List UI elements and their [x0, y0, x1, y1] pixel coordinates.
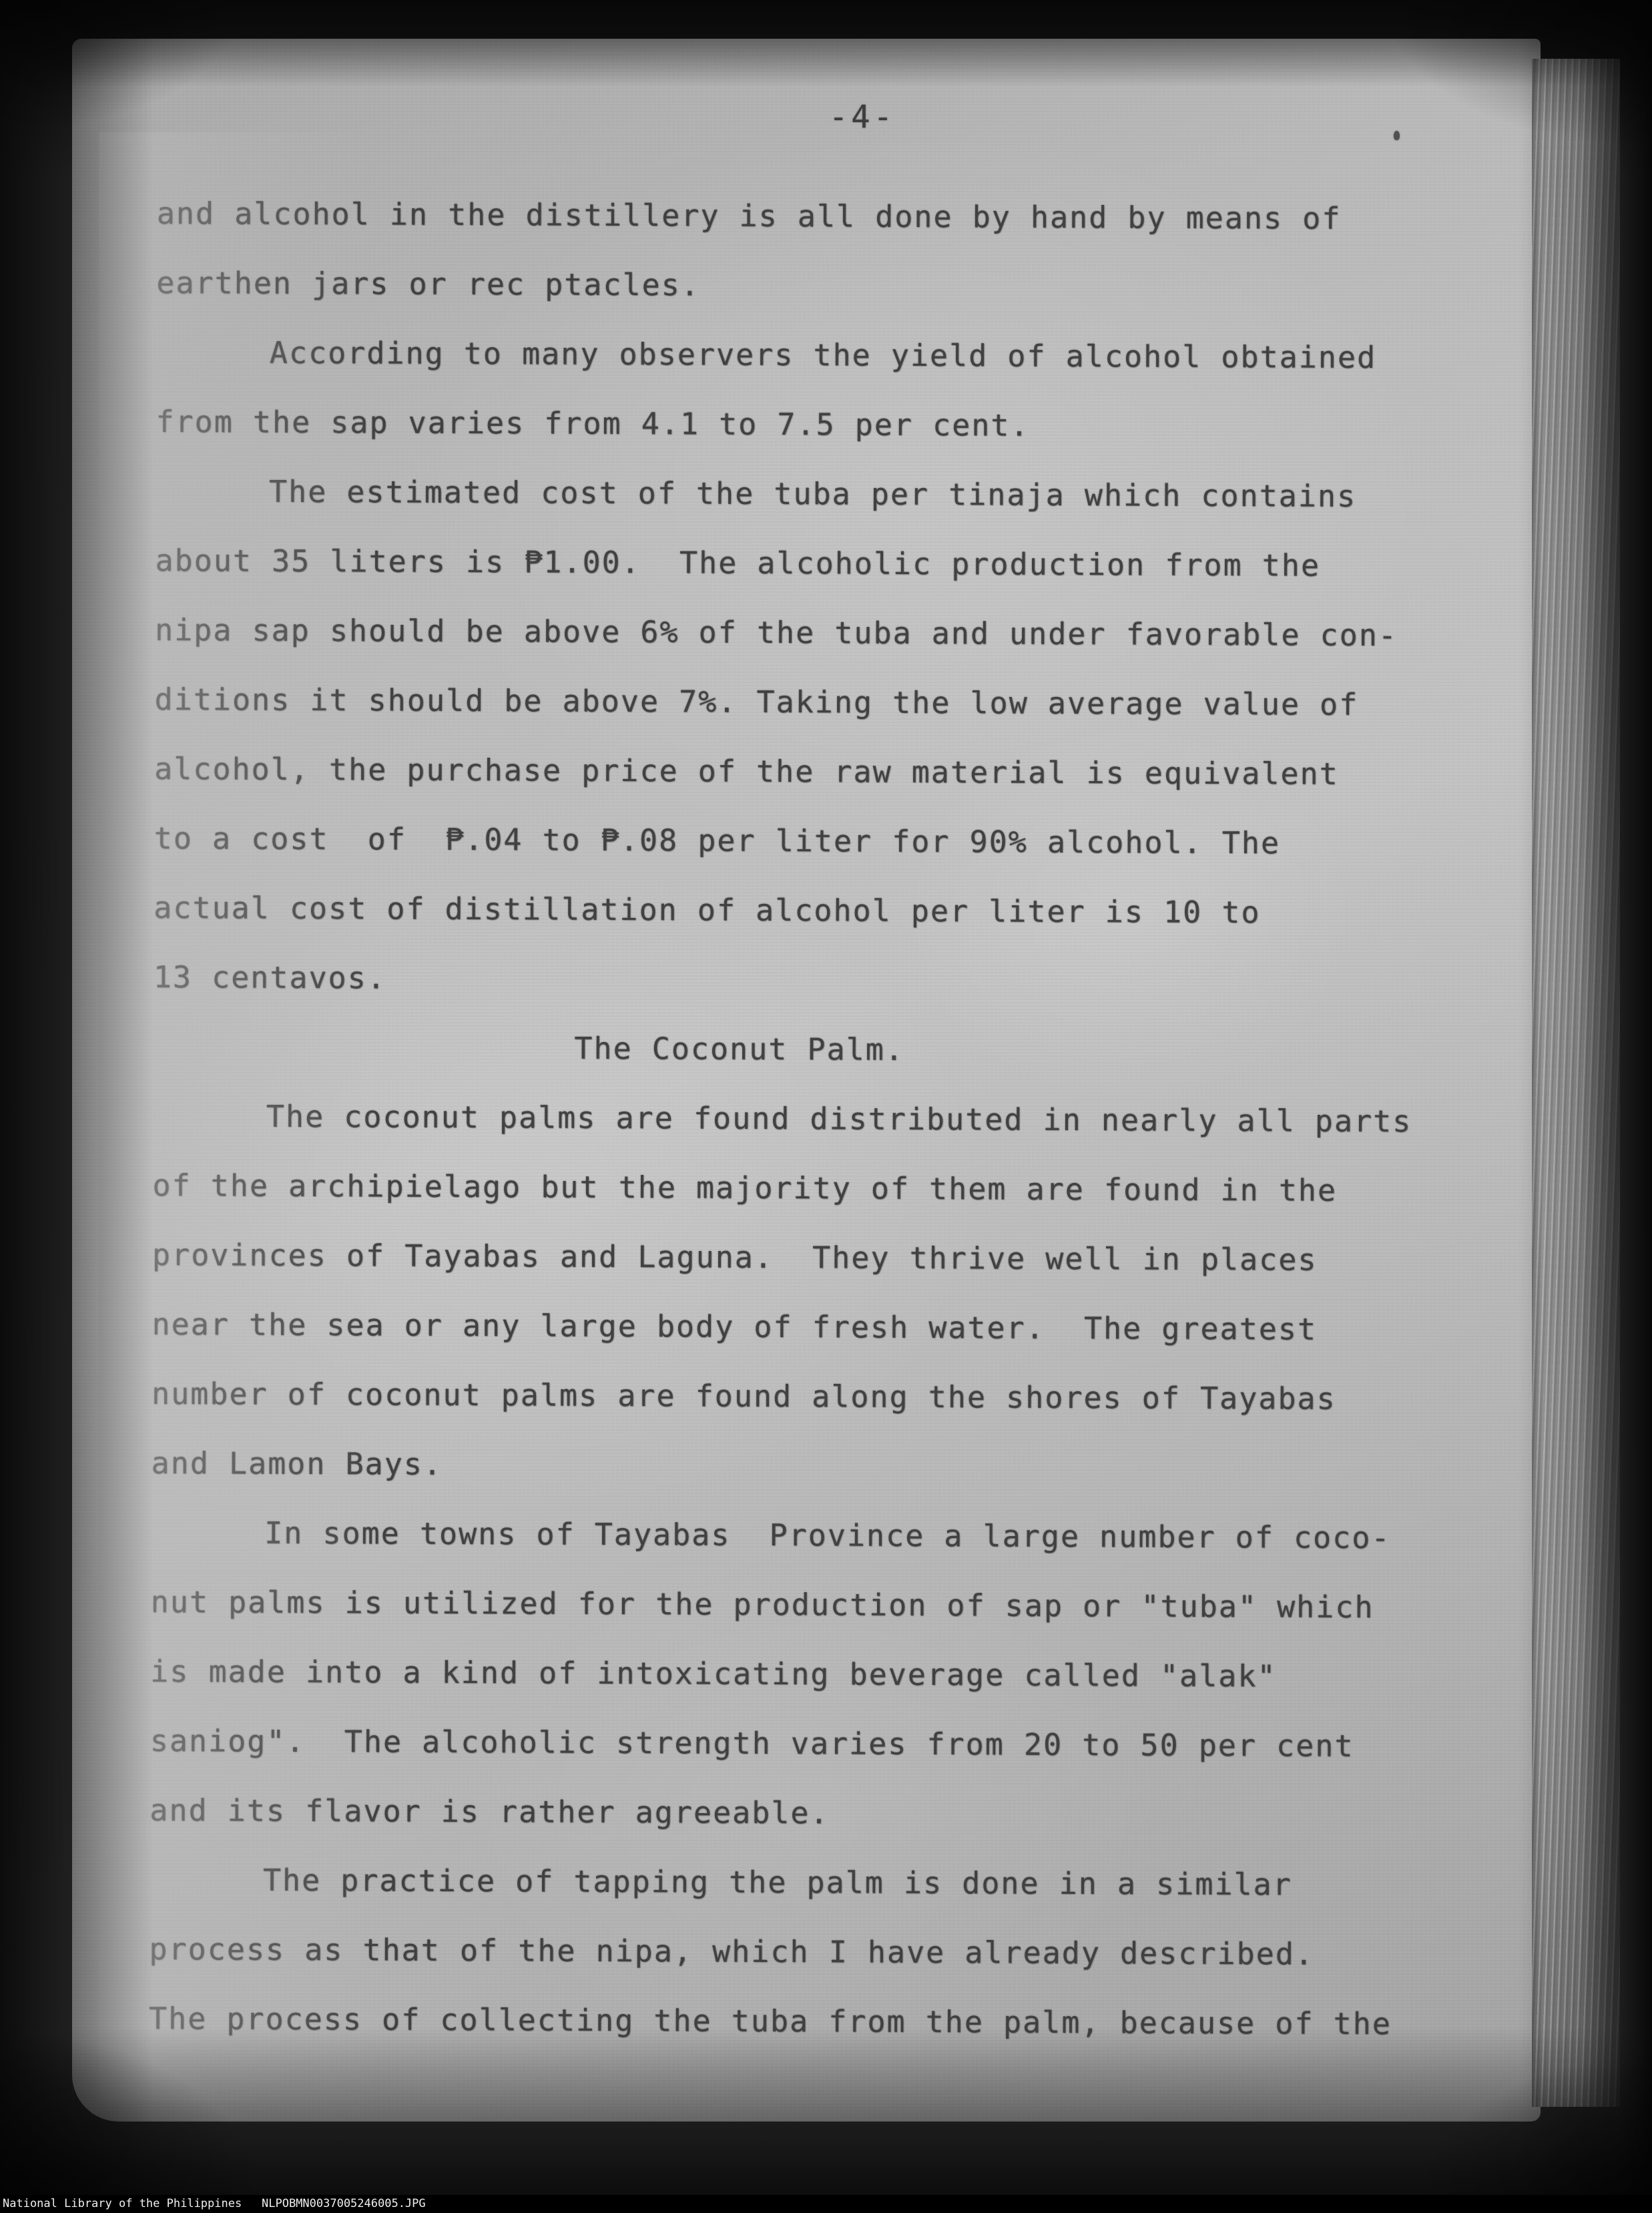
- scanned-book-photo: -4- and alcohol in the distillery is all…: [0, 0, 1652, 2213]
- typed-line: and alcohol in the distillery is all don…: [157, 179, 1478, 254]
- typed-line: earthen jars or rec ptacles.: [156, 248, 1478, 324]
- typed-line: from the sap varies from 4.1 to 7.5 per …: [156, 387, 1477, 463]
- typed-line: process as that of the nipa, which I hav…: [149, 1915, 1470, 1990]
- stray-ink-dot: [1394, 131, 1400, 140]
- typed-line: The coconut palms are found distributed …: [153, 1081, 1474, 1157]
- footer-filename: NLPOBMN0037005246005.JPG: [262, 2195, 426, 2212]
- footer-library-name: National Library of the Philippines: [3, 2195, 242, 2212]
- typed-line: nipa sap should be above 6% of the tuba …: [155, 595, 1476, 671]
- typed-line: 13 centavos.: [154, 943, 1475, 1018]
- typed-line: The practice of tapping the palm is done…: [150, 1845, 1471, 1921]
- typed-line: of the archipielago but the majority of …: [152, 1151, 1474, 1226]
- typed-line: ditions it should be above 7%. Taking th…: [154, 665, 1476, 740]
- section-heading: The Coconut Palm.: [153, 1012, 1474, 1087]
- typed-line: nut palms is utilized for the production…: [150, 1567, 1472, 1643]
- footer-bar: National Library of the Philippines NLPO…: [0, 2195, 1652, 2213]
- typed-line: near the sea or any large body of fresh …: [152, 1290, 1473, 1365]
- typed-line: alcohol, the purchase price of the raw m…: [154, 734, 1476, 810]
- typed-text-block: and alcohol in the distillery is all don…: [149, 179, 1478, 2059]
- typed-line: The process of collecting the tuba from …: [149, 1984, 1470, 2059]
- typed-line: about 35 liters is ₱1.00. The alcoholic …: [155, 526, 1476, 601]
- typed-line: is made into a kind of intoxicating beve…: [150, 1637, 1472, 1712]
- typed-line: The estimated cost of the tuba per tinaj…: [156, 457, 1477, 532]
- typed-line: In some towns of Tayabas Province a larg…: [151, 1498, 1472, 1573]
- typed-line: provinces of Tayabas and Laguna. They th…: [152, 1220, 1474, 1296]
- typed-line: actual cost of distillation of alcohol p…: [154, 873, 1475, 949]
- typed-line: number of coconut palms are found along …: [152, 1359, 1473, 1435]
- typed-line: and Lamon Bays.: [151, 1429, 1472, 1504]
- typed-line: to a cost of ₱.04 to ₱.08 per liter for …: [154, 804, 1475, 879]
- typed-line: According to many observers the yield of…: [156, 318, 1478, 393]
- typed-line: and its flavor is rather agreeable.: [150, 1776, 1471, 1851]
- page-number: -4-: [829, 99, 896, 136]
- typed-line: saniog". The alcoholic strength varies f…: [150, 1706, 1472, 1782]
- book-fore-edge: [1532, 59, 1620, 2107]
- document-page: -4- and alcohol in the distillery is all…: [72, 39, 1541, 2122]
